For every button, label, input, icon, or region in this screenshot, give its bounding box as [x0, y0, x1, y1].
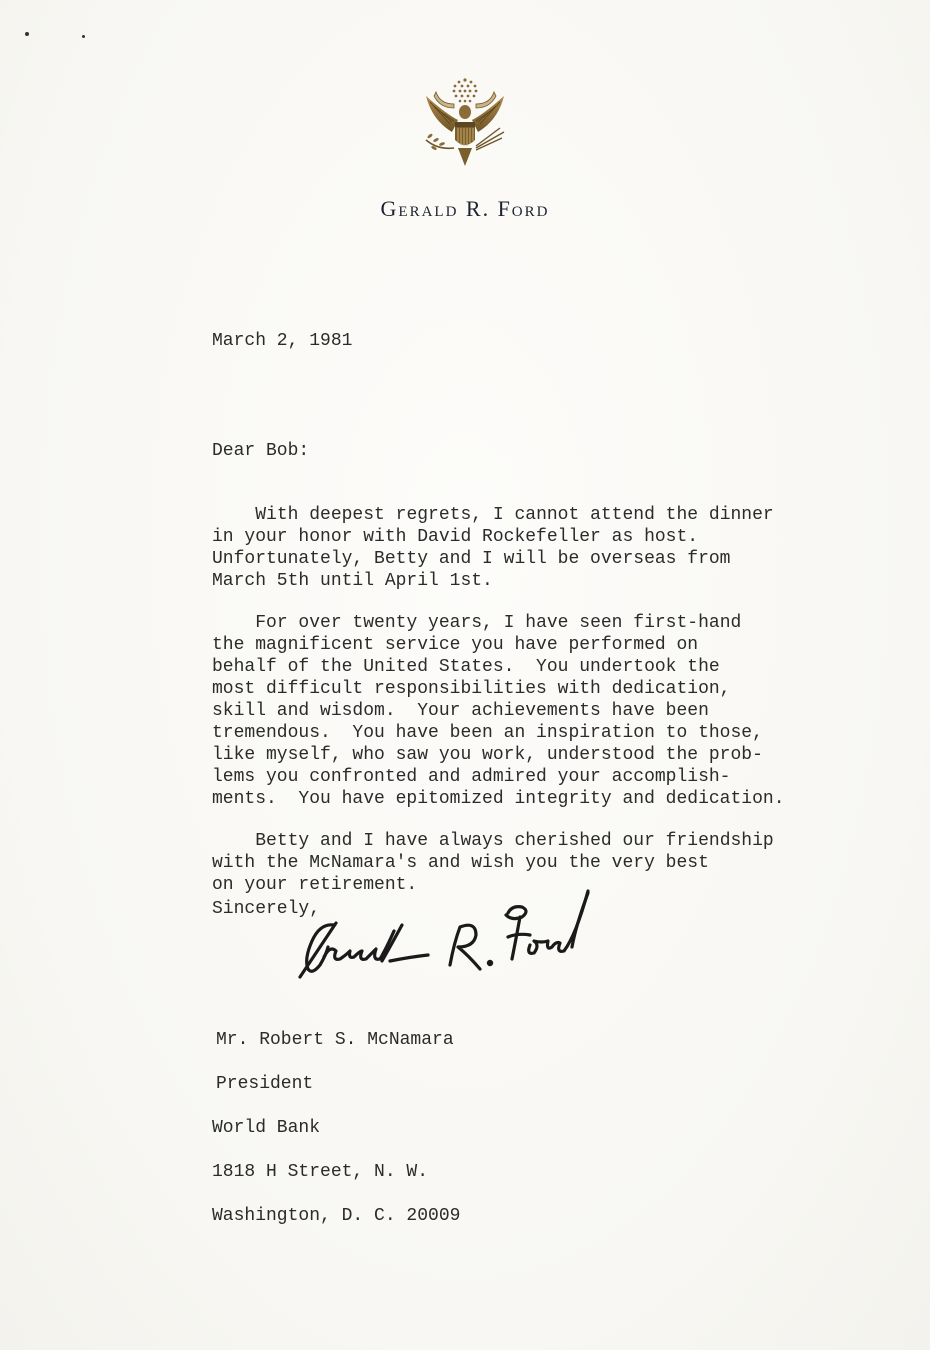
- paragraph-line: For over twenty years, I have seen first…: [255, 613, 741, 633]
- paragraph-line: most difficult responsibilities with ded…: [212, 679, 730, 699]
- paragraph-line: tremendous. You have been an inspiration…: [212, 723, 763, 743]
- paragraph-line: with the McNamara's and wish you the ver…: [212, 853, 709, 873]
- presidential-eagle-seal-icon: [418, 74, 512, 174]
- paragraph-line: like myself, who saw you work, understoo…: [212, 745, 763, 765]
- recipient-address: Mr. Robert S. McNamara President World B…: [212, 985, 460, 1271]
- paragraph-line: March 5th until April 1st.: [212, 571, 493, 591]
- signature: [290, 885, 620, 985]
- paragraph-line: Unfortunately, Betty and I will be overs…: [212, 549, 730, 569]
- letter-page: Gerald R. Ford March 2, 1981 Dear Bob: W…: [0, 0, 930, 1350]
- paragraph-line: Betty and I have always cherished our fr…: [255, 831, 773, 851]
- salutation: Dear Bob:: [212, 440, 309, 462]
- paragraph-line: ments. You have epitomized integrity and…: [212, 789, 785, 809]
- letterhead-name: Gerald R. Ford: [0, 196, 930, 222]
- paragraph-line: in your honor with David Rockefeller as …: [212, 527, 698, 547]
- recipient-title: President: [212, 1073, 460, 1095]
- scan-speck: [25, 32, 29, 36]
- recipient-name: Mr. Robert S. McNamara: [212, 1029, 460, 1051]
- paragraph-line: the magnificent service you have perform…: [212, 635, 698, 655]
- recipient-street: 1818 H Street, N. W.: [212, 1161, 460, 1183]
- paragraph-line: lems you confronted and admired your acc…: [212, 767, 730, 787]
- letter-date: March 2, 1981: [212, 330, 352, 352]
- scan-speck: [82, 35, 85, 38]
- paragraph-2: For over twenty years, I have seen first…: [212, 590, 785, 832]
- recipient-organization: World Bank: [212, 1117, 460, 1139]
- paragraph-line: skill and wisdom. Your achievements have…: [212, 701, 709, 721]
- paragraph-line: With deepest regrets, I cannot attend th…: [255, 505, 773, 525]
- recipient-city: Washington, D. C. 20009: [212, 1205, 460, 1227]
- paragraph-line: behalf of the United States. You underto…: [212, 657, 720, 677]
